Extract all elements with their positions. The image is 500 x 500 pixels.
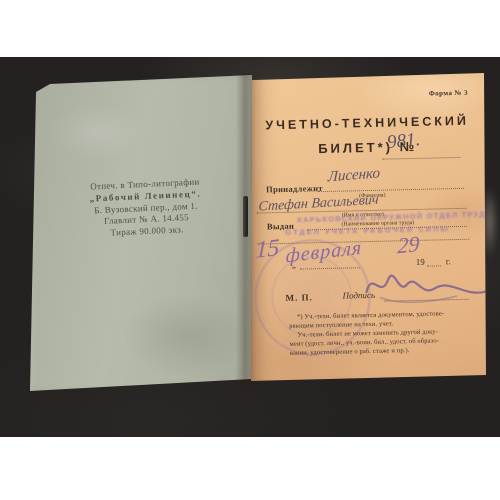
booklet-right-page: Форма № 3 УЧЕТНО-ТЕХНИЧЕСКИЙ БИЛЕТ*) № 9… [251, 70, 488, 386]
ticket-form: Форма № 3 УЧЕТНО-ТЕХНИЧЕСКИЙ БИЛЕТ*) № 9… [247, 67, 491, 388]
seal-place-label: М. П. [285, 292, 312, 303]
footnote-text: *) Уч.-техн. билет является документом, … [289, 309, 488, 358]
dotted-line [382, 157, 460, 160]
belongs-label: Принадлежит [266, 183, 323, 194]
photo-frame: Отпеч. в Типо-литографии „Рабочий Ленине… [0, 0, 500, 500]
imprint-text-block: Отпеч. в Типо-литографии „Рабочий Ленине… [46, 175, 246, 243]
surname-handwritten: Лисенко [328, 165, 381, 186]
form-number-label: Форма № 3 [398, 89, 468, 99]
signature-handwriting [360, 255, 493, 310]
booklet-left-page: Отпеч. в Типо-литографии „Рабочий Ленине… [29, 75, 253, 393]
photo-background: Отпеч. в Типо-литографии „Рабочий Ленине… [0, 57, 500, 437]
staple [243, 196, 248, 237]
date-year-handwritten: 29 [397, 231, 420, 260]
